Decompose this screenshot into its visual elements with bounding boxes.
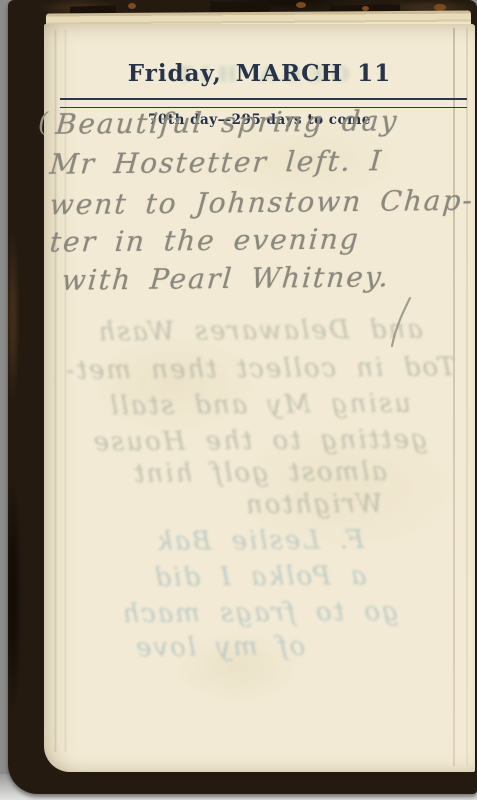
handwriting-line: Beautiful spring day	[55, 104, 400, 141]
handwriting-line: with Pearl Whitney.	[61, 260, 392, 296]
bleed-through-line: almost golf hint	[44, 456, 475, 490]
bleed-through-line: Tod in collect then met-	[44, 352, 475, 386]
diary-page: OEGA HIT Friday, MARCH 11 70th day—295 d…	[44, 24, 475, 772]
rust-spot	[128, 3, 136, 9]
handwriting-line: Mr Hostetter left. I	[49, 144, 385, 180]
handwriting-line: ter in the evening	[49, 222, 361, 258]
bleed-through-line: go to frags mach	[44, 596, 475, 630]
bleed-through-line: a Polka I did	[44, 560, 475, 594]
bleed-through-line: using My and stall	[44, 388, 475, 422]
bleed-through-line: getting to the House	[44, 424, 475, 458]
bleed-through-line: Wrighton	[44, 488, 475, 522]
margin-pencil-mark: (	[38, 108, 48, 138]
handwriting-line: went to Johnstown Chap-	[49, 184, 476, 221]
bleed-through-line: of my love	[44, 630, 475, 664]
rust-spot	[296, 2, 306, 8]
printed-date-heading: Friday, MARCH 11	[44, 60, 475, 87]
bleed-through-line: and Delawares Wash	[44, 314, 475, 348]
bleed-through-line: F. Leslie Bak	[44, 524, 475, 558]
diary-scan: OEGA HIT Friday, MARCH 11 70th day—295 d…	[0, 0, 477, 800]
